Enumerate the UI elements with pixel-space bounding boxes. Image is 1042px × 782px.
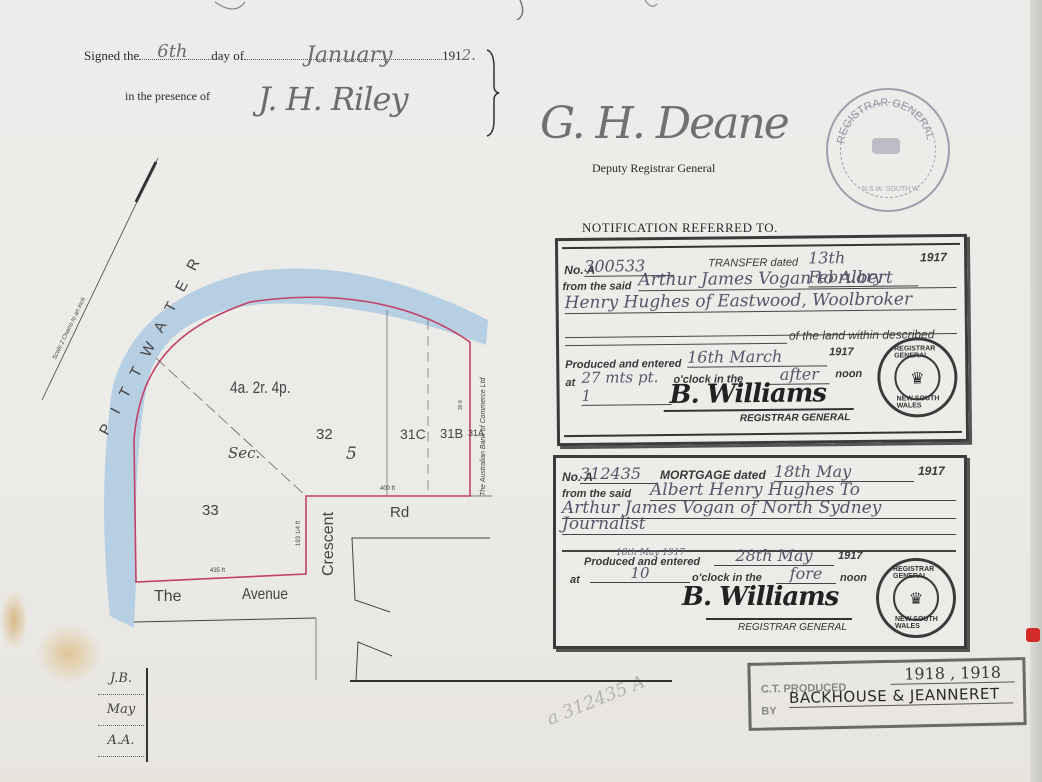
- deputy-title: Deputy Registrar General: [592, 161, 715, 176]
- section-number: 5: [346, 444, 357, 464]
- mortgage-noon-part: fore: [776, 564, 836, 584]
- year-prefix: 191: [442, 48, 462, 63]
- dimension-road: 400 ft: [380, 486, 395, 492]
- mortgage-time: 10: [590, 564, 690, 583]
- presence-label: in the presence of: [125, 89, 210, 104]
- mortgage-at-label: at: [570, 574, 580, 586]
- road-rd: Rd: [390, 504, 409, 521]
- transfer-registrar-seal: ♛ REGISTRAR GENERAL NEW SOUTH WALES: [877, 337, 958, 418]
- registrar-seal-embossed: REGISTRAR GENERAL N.S.W. SOUTH W.: [826, 88, 950, 212]
- lot-33: 33: [202, 502, 219, 519]
- year-suffix: 2.: [462, 46, 476, 64]
- signed-prefix: Signed the: [84, 48, 139, 63]
- mortgage-notification-box: No. A 312435 MORTGAGE dated 18th May 191…: [553, 455, 967, 649]
- svg-text:REGISTRAR GENERAL: REGISTRAR GENERAL: [835, 97, 936, 145]
- mortgage-year: 1917: [918, 464, 945, 478]
- transfer-party-line-2: Henry Hughes of Eastwood, Woolbroker: [564, 289, 956, 314]
- signed-day: 6th: [157, 41, 187, 62]
- mortgage-signer-title: REGISTRAR GENERAL: [738, 622, 847, 633]
- cropped-handwriting: [200, 0, 700, 20]
- adjoining-owner: The Australian Bank of Commerce Ltd: [480, 378, 487, 496]
- ct-by-label: BY: [761, 705, 777, 717]
- lot-31b: 31B: [440, 426, 463, 441]
- seal-top-text: REGISTRAR GENERAL: [835, 97, 936, 145]
- transfer-type: TRANSFER dated: [708, 257, 798, 270]
- mortgage-registrar-signature: B. Williams: [682, 582, 838, 612]
- transfer-at-label: at: [565, 377, 575, 389]
- section-label: Sec.: [228, 444, 260, 462]
- dimension-crescent: 193 1/4 ft: [296, 521, 302, 546]
- transfer-registrar-signature: B. Williams: [669, 378, 826, 410]
- transfer-from-label: from the said: [562, 280, 631, 293]
- initials-middle: May: [98, 695, 144, 726]
- transfer-noon-label: noon: [835, 368, 862, 380]
- notification-heading: NOTIFICATION REFERRED TO.: [582, 220, 778, 236]
- mortgage-noon-label: noon: [840, 572, 867, 584]
- witness-signature: J. H. Riley: [258, 80, 408, 118]
- road-the: The: [154, 588, 182, 606]
- transfer-time: 27 mts pt. 1: [581, 368, 671, 406]
- area-label: 4a. 2r. 4p.: [230, 378, 291, 398]
- red-tab-marker: [1026, 628, 1040, 642]
- transfer-year: 1917: [920, 250, 947, 264]
- initials-bottom: A.A.: [98, 726, 144, 757]
- transfer-produced-year: 1917: [829, 346, 854, 358]
- brace-icon: [484, 48, 500, 138]
- mortgage-date: 18th May: [774, 462, 914, 482]
- dimension-south: 435 ft: [210, 568, 225, 574]
- lot-32: 32: [316, 426, 333, 443]
- deputy-signature: G. H. Deane: [540, 98, 788, 149]
- dimension-lot-31b: 30 ft: [458, 400, 464, 410]
- mortgage-registrar-seal: ♛ REGISTRAR GENERAL NEW SOUTH WALES: [876, 558, 956, 638]
- signed-month: January: [306, 43, 392, 68]
- signed-line: Signed the6thday ofJanuary1912.: [84, 46, 476, 64]
- transfer-notification-box: No. A 300533 TRANSFER dated 13th Februar…: [555, 234, 969, 446]
- ct-produced-date: 1918 , 1918: [890, 662, 1014, 685]
- certificate-of-title-page: Signed the6thday ofJanuary1912. in the p…: [0, 0, 1042, 782]
- transfer-signer-title: REGISTRAR GENERAL: [740, 412, 851, 424]
- bottom-rule: [350, 680, 672, 682]
- road-avenue: Avenue: [242, 586, 288, 604]
- transfer-party-line-1: Arthur James Vogan to Albert: [638, 267, 956, 291]
- mortgage-party-line-3: Journalist: [562, 514, 956, 535]
- crest-icon: ♛: [893, 575, 938, 620]
- day-of-label: day of: [211, 48, 244, 63]
- margin-rule: [146, 668, 148, 762]
- road-crescent: Crescent: [320, 512, 338, 576]
- mortgage-produced-year: 1917: [838, 550, 862, 562]
- ct-by-value: BACKHOUSE & JEANNERET: [789, 684, 1013, 708]
- seal-bottom-text: N.S.W. SOUTH W.: [862, 186, 920, 193]
- mortgage-produced-date: 28th May: [714, 546, 834, 566]
- lot-31c: 31C: [400, 426, 426, 442]
- ct-produced-stamp: C.T. PRODUCED 1918 , 1918 BY BACKHOUSE &…: [747, 657, 1026, 731]
- page-edge: [1030, 0, 1042, 782]
- mortgage-number: 312435: [580, 464, 658, 484]
- crest-icon: ♛: [894, 354, 940, 400]
